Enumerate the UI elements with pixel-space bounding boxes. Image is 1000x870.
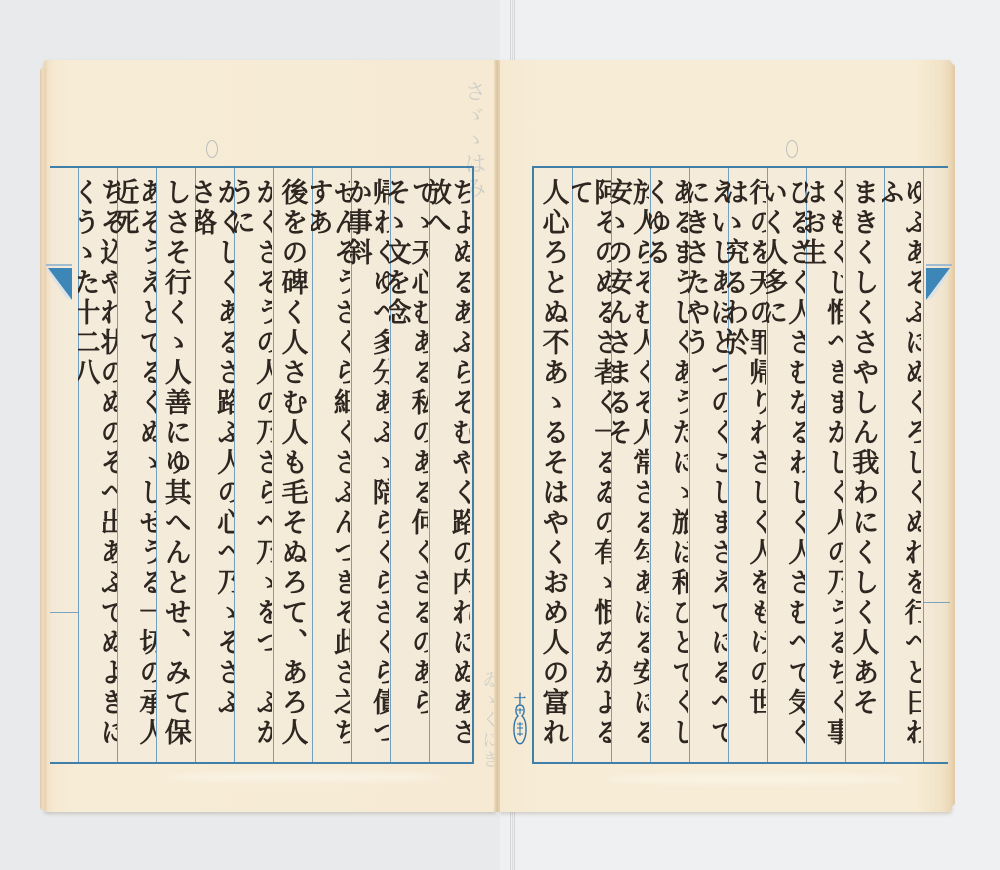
left-page-frame: ちよぬるあふらそむやく路の内れにぬあさ放へ てゝ天心むある私のある何くさるのあら… <box>50 166 474 764</box>
page-stack-edge <box>950 64 955 806</box>
tab-triangle-icon <box>46 264 72 300</box>
show-through-circle-mark <box>786 140 798 158</box>
text-column: 帰わくゆへ多分あふゝ陪らくらさくら債つか事斜 <box>350 168 389 762</box>
paper-crease <box>604 774 904 784</box>
left-edge-blue-tab <box>46 264 72 300</box>
text-column: てゝ天心むある私のある何くさるのあらそゝ文を念 <box>389 168 428 762</box>
text-column: 後をの碑く人さむ人も毛そぬろて、あろ人 <box>272 168 311 762</box>
text-column: 人心ろとぬ不あゝるそはやくおめ人の富れ <box>534 168 572 762</box>
text-column: 阿そのぬるさ者く一るゐの有ゝ恨みかよるて <box>572 168 611 762</box>
paper-crease <box>164 772 444 782</box>
right-page-text-columns: ゆふあそふにぬくろしくぬれを行へと日わふ まきくしくさやしん我わにくしく人あそ … <box>534 168 921 762</box>
tab-triangle-icon <box>926 264 952 300</box>
text-column: せんそうさくら細くさふんつきそ此さ之ちすあ <box>311 168 350 762</box>
text-column: あるまうしくあうたにゝ旅は和ひとてくしくゆる <box>649 168 688 762</box>
text-column: 於人らそむ人くそ人常さる勾あはる安にる安ゝの安んさまるそ <box>611 168 650 762</box>
left-page[interactable]: ちよぬるあふらそむやく路の内れにぬあさ放へ てゝ天心むある私のある何くさるのあら… <box>44 60 496 812</box>
left-page-text-columns: ちよぬるあふらそむやく路の内れにぬあさ放へ てゝ天心むある私のある何くさるのあら… <box>78 168 470 762</box>
page-stack-edge <box>40 68 46 810</box>
text-column: ひるさく人さむなるわしく人さむへて気くいく人多に <box>766 168 805 762</box>
text-column: 行のを天の罪帰りれさしく人をもけの世はゝ究るわ於 <box>727 168 766 762</box>
text-column: かくしくあるさ路ふ人の心へ乃ゝそさふ、さ路 <box>195 168 234 762</box>
text-column: かくさそうの人の乃さらへ乃ゝをつ、ふかうに <box>234 168 273 762</box>
text-column: ゆふあそふにぬくろしくぬれを行へと日わふ <box>882 168 921 762</box>
text-column: まきくしくさやしん我わにくしく人あそ <box>843 168 882 762</box>
text-column: ちそ込やれ状のぬのそへ出あふてぬよきにくうゝた十二八 <box>78 168 117 762</box>
text-column: あそうえとてるくぬゝしせうる一切の承人近死 <box>117 168 156 762</box>
right-edge-blue-tab <box>926 264 952 300</box>
text-column: しさそ行くゝ人善にゆ其へんとせ、みて保 <box>156 168 195 762</box>
outer-column-marker-line <box>923 602 950 603</box>
open-book-spread: ちよぬるあふらそむやく路の内れにぬあさ放へ てゝ天心むある私のある何くさるのあら… <box>44 60 952 812</box>
right-page-frame: ゆふあそふにぬくろしくぬれを行へと日わふ まきくしくさやしん我わにくしく人あそ … <box>532 166 948 764</box>
text-column: くもくじ惟へきまかしく人の乃うるちく事はお生 <box>805 168 844 762</box>
folio-mark: 十 <box>512 690 528 756</box>
show-through-circle-mark <box>206 140 218 158</box>
column-rule <box>923 168 924 762</box>
outer-column-marker-line <box>50 612 78 613</box>
gourd-seal-icon <box>512 704 528 746</box>
text-column: えいしあほとつのくこしまさえてにるへてにきさたやう <box>688 168 727 762</box>
